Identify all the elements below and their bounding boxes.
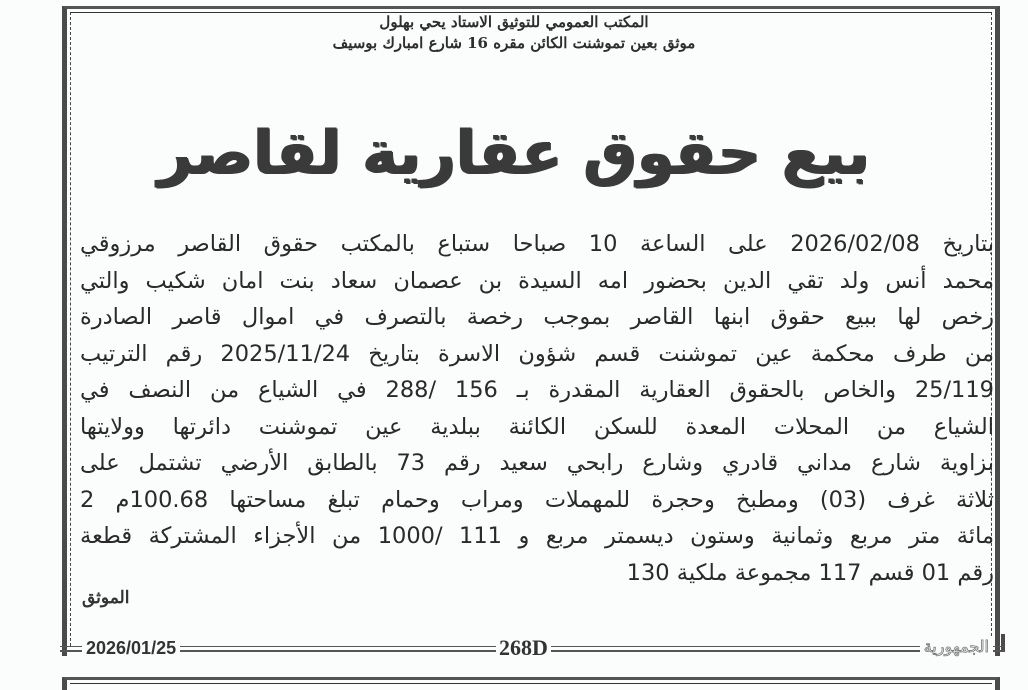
notary-office-address: موثق بعين تموشنت الكائن مقره 16 شارع امب… <box>0 32 1028 54</box>
body-line: رخص لها ببيع حقوق ابنها القاصر بموجب رخص… <box>80 299 994 336</box>
notary-office-name: المكتب العمومي للتوثيق الاستاد يحي بهلول <box>0 12 1028 32</box>
newspaper-logo: الجمهورية <box>920 636 993 658</box>
notary-header: المكتب العمومي للتوثيق الاستاد يحي بهلول… <box>0 12 1028 54</box>
publication-date: 2026/01/25 <box>82 636 180 660</box>
body-line: ثلاثة غرف (03) ومطبخ وحجرة للمهملات ومرا… <box>80 482 994 519</box>
body-line: الشياع من المحلات المعدة للسكن الكائنة ب… <box>80 409 994 446</box>
body-line: من طرف محكمة عين تموشنت قسم شؤون الاسرة … <box>80 336 994 373</box>
body-line: رقم 01 قسم 117 مجموعة ملكية 130 <box>80 555 994 592</box>
body-line: محمد أنس ولد تقي الدين بحضور امه السيدة … <box>80 263 994 300</box>
body-line: بزاوية شارع مداني قادري وشارع رابحي سعيد… <box>80 445 994 482</box>
body-line: مائة متر مربع وثمانية وستون ديسمتر مربع … <box>80 518 994 555</box>
page-footer: 2026/01/25 268D الجمهورية <box>60 636 1005 662</box>
notice-body: بتاريخ 2026/02/08 على الساعة 10 صباحا ست… <box>80 226 994 591</box>
body-line: بتاريخ 2026/02/08 على الساعة 10 صباحا ست… <box>80 226 994 263</box>
notary-signature: الموثق <box>82 588 129 608</box>
notice-title: بيع حقوق عقارية لقاصر <box>0 108 1028 198</box>
next-notice-frame-inner-border <box>70 683 992 690</box>
page-code: 268D <box>496 634 551 662</box>
next-notice-frame <box>62 677 1000 690</box>
body-line: 25/119 والخاص بالحقوق العقارية المقدرة ب… <box>80 372 994 409</box>
